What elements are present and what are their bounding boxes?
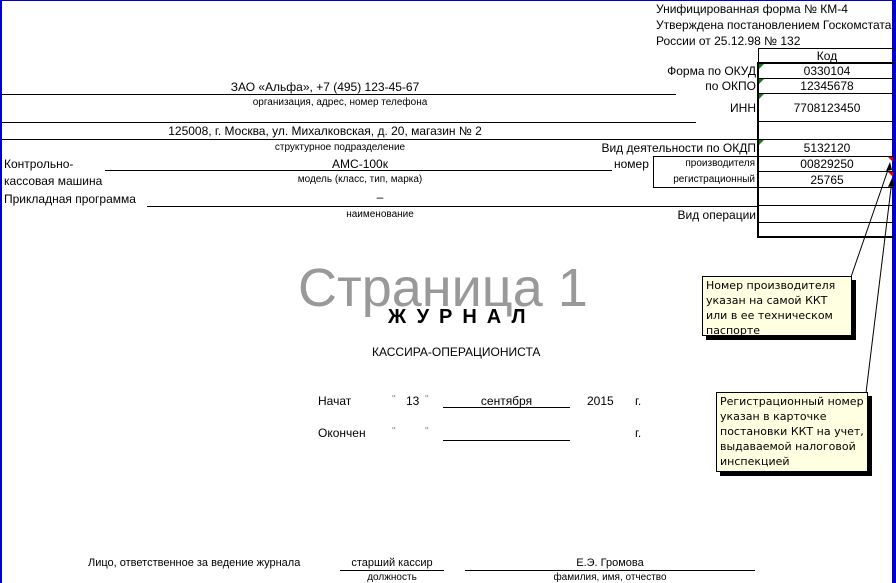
comment-registration-number[interactable]: Регистрационный номер указан в карточке … <box>716 392 868 472</box>
comment-manufacturer-number[interactable]: Номер производителя указан на самой ККТ … <box>702 276 852 336</box>
